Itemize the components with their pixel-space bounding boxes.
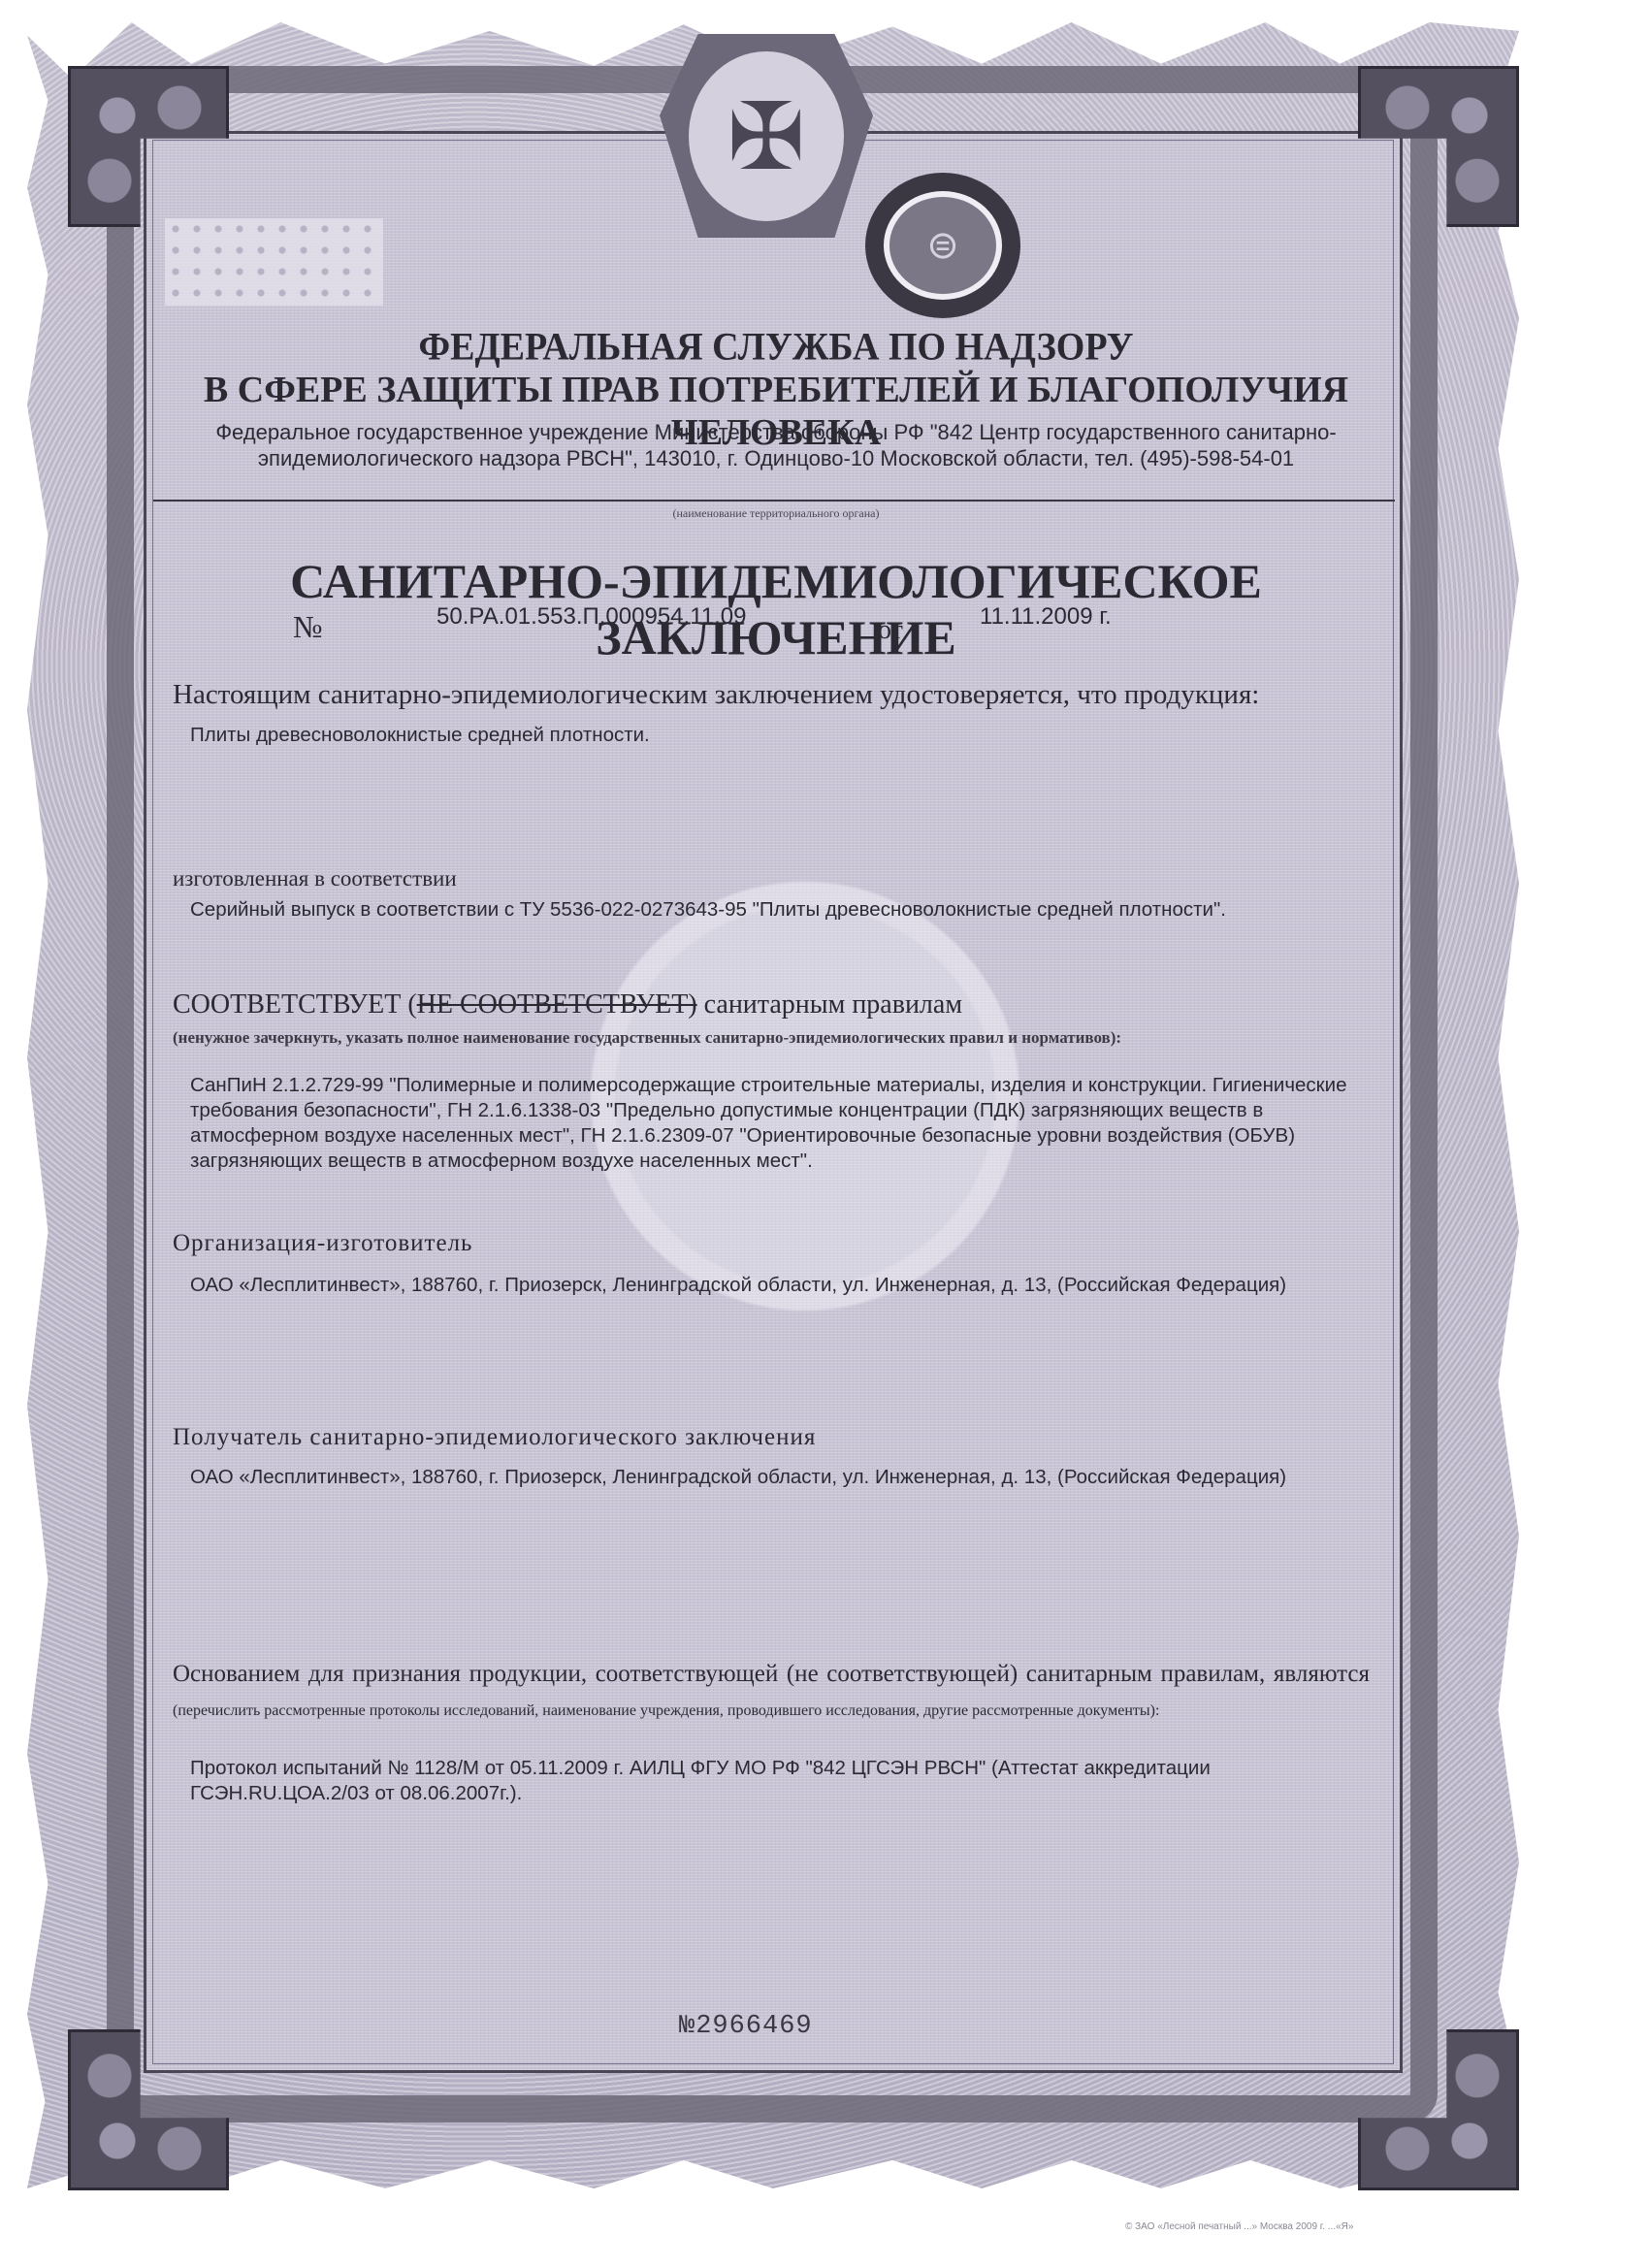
security-pattern xyxy=(165,218,383,306)
basis-value: Протокол испытаний № 1128/М от 05.11.200… xyxy=(190,1756,1383,1806)
compliance-statement: СООТВЕТСТВУЕТ (НЕ СООТВЕТСТВУЕТ) санитар… xyxy=(173,989,962,1021)
made-in-accordance-label: изготовленная в соответствии xyxy=(173,866,457,891)
recipient-heading: Получатель санитарно-эпидемиологического… xyxy=(173,1424,816,1451)
emblem-disc: ✠ xyxy=(689,51,844,221)
document-number: 50.РА.01.553.П.000954.11.09 xyxy=(436,603,746,631)
recipient-value: ОАО «Лесплитинвест», 188760, г. Приозерс… xyxy=(190,1465,1393,1490)
issuing-institution: Федеральное государственное учреждение М… xyxy=(194,419,1358,471)
basis-statement: Основанием для признания продукции, соот… xyxy=(173,1657,1370,1728)
document-title: САНИТАРНО-ЭПИДЕМИОЛОГИЧЕСКОЕ ЗАКЛЮЧЕНИЕ xyxy=(145,553,1406,665)
manufacturer-heading: Организация-изготовитель xyxy=(173,1230,472,1257)
manufacturer-value: ОАО «Лесплитинвест», 188760, г. Приозерс… xyxy=(190,1273,1393,1298)
compliance-note: (ненужное зачеркнуть, указать полное наи… xyxy=(173,1026,1366,1049)
complies-label: СООТВЕТСТВУЕТ ( xyxy=(173,989,417,1020)
printer-imprint: © ЗАО «Лесной печатный ...» Москва 2009 … xyxy=(1125,2221,1353,2232)
complies-suffix: санитарным правилам xyxy=(697,989,962,1020)
intro-statement: Настоящим санитарно-эпидемиологическим з… xyxy=(173,679,1395,711)
hologram-seal-icon: ⊜ xyxy=(865,173,1020,318)
date-label: от xyxy=(878,615,903,646)
sanitary-rules: СанПиН 2.1.2.729-99 "Полимерные и полиме… xyxy=(190,1073,1383,1174)
divider xyxy=(153,500,1395,502)
institution-caption: (наименование территориального органа) xyxy=(145,506,1406,521)
number-label: № xyxy=(293,609,323,645)
document-date: 11.11.2009 г. xyxy=(980,603,1112,631)
made-in-accordance-value: Серийный выпуск в соответствии с ТУ 5536… xyxy=(190,897,1383,923)
agency-name-line-1: ФЕДЕРАЛЬНАЯ СЛУЖБА ПО НАДЗОРУ xyxy=(145,325,1406,370)
hologram-ring: ⊜ xyxy=(884,191,1002,300)
basis-note: (перечислить рассмотренные протоколы исс… xyxy=(173,1702,1159,1719)
not-complies-struck: НЕ СООТВЕТСТВУЕТ) xyxy=(417,989,697,1020)
rospotrebnadzor-logo-icon: ⊜ xyxy=(926,226,959,265)
product-name: Плиты древесноволокнистые средней плотно… xyxy=(190,723,1374,748)
basis-main: Основанием для признания продукции, соот… xyxy=(173,1661,1370,1687)
coat-of-arms-icon: ✠ xyxy=(660,34,873,238)
double-headed-eagle-icon: ✠ xyxy=(727,90,805,183)
form-serial-number: №2966469 xyxy=(679,2012,813,2041)
